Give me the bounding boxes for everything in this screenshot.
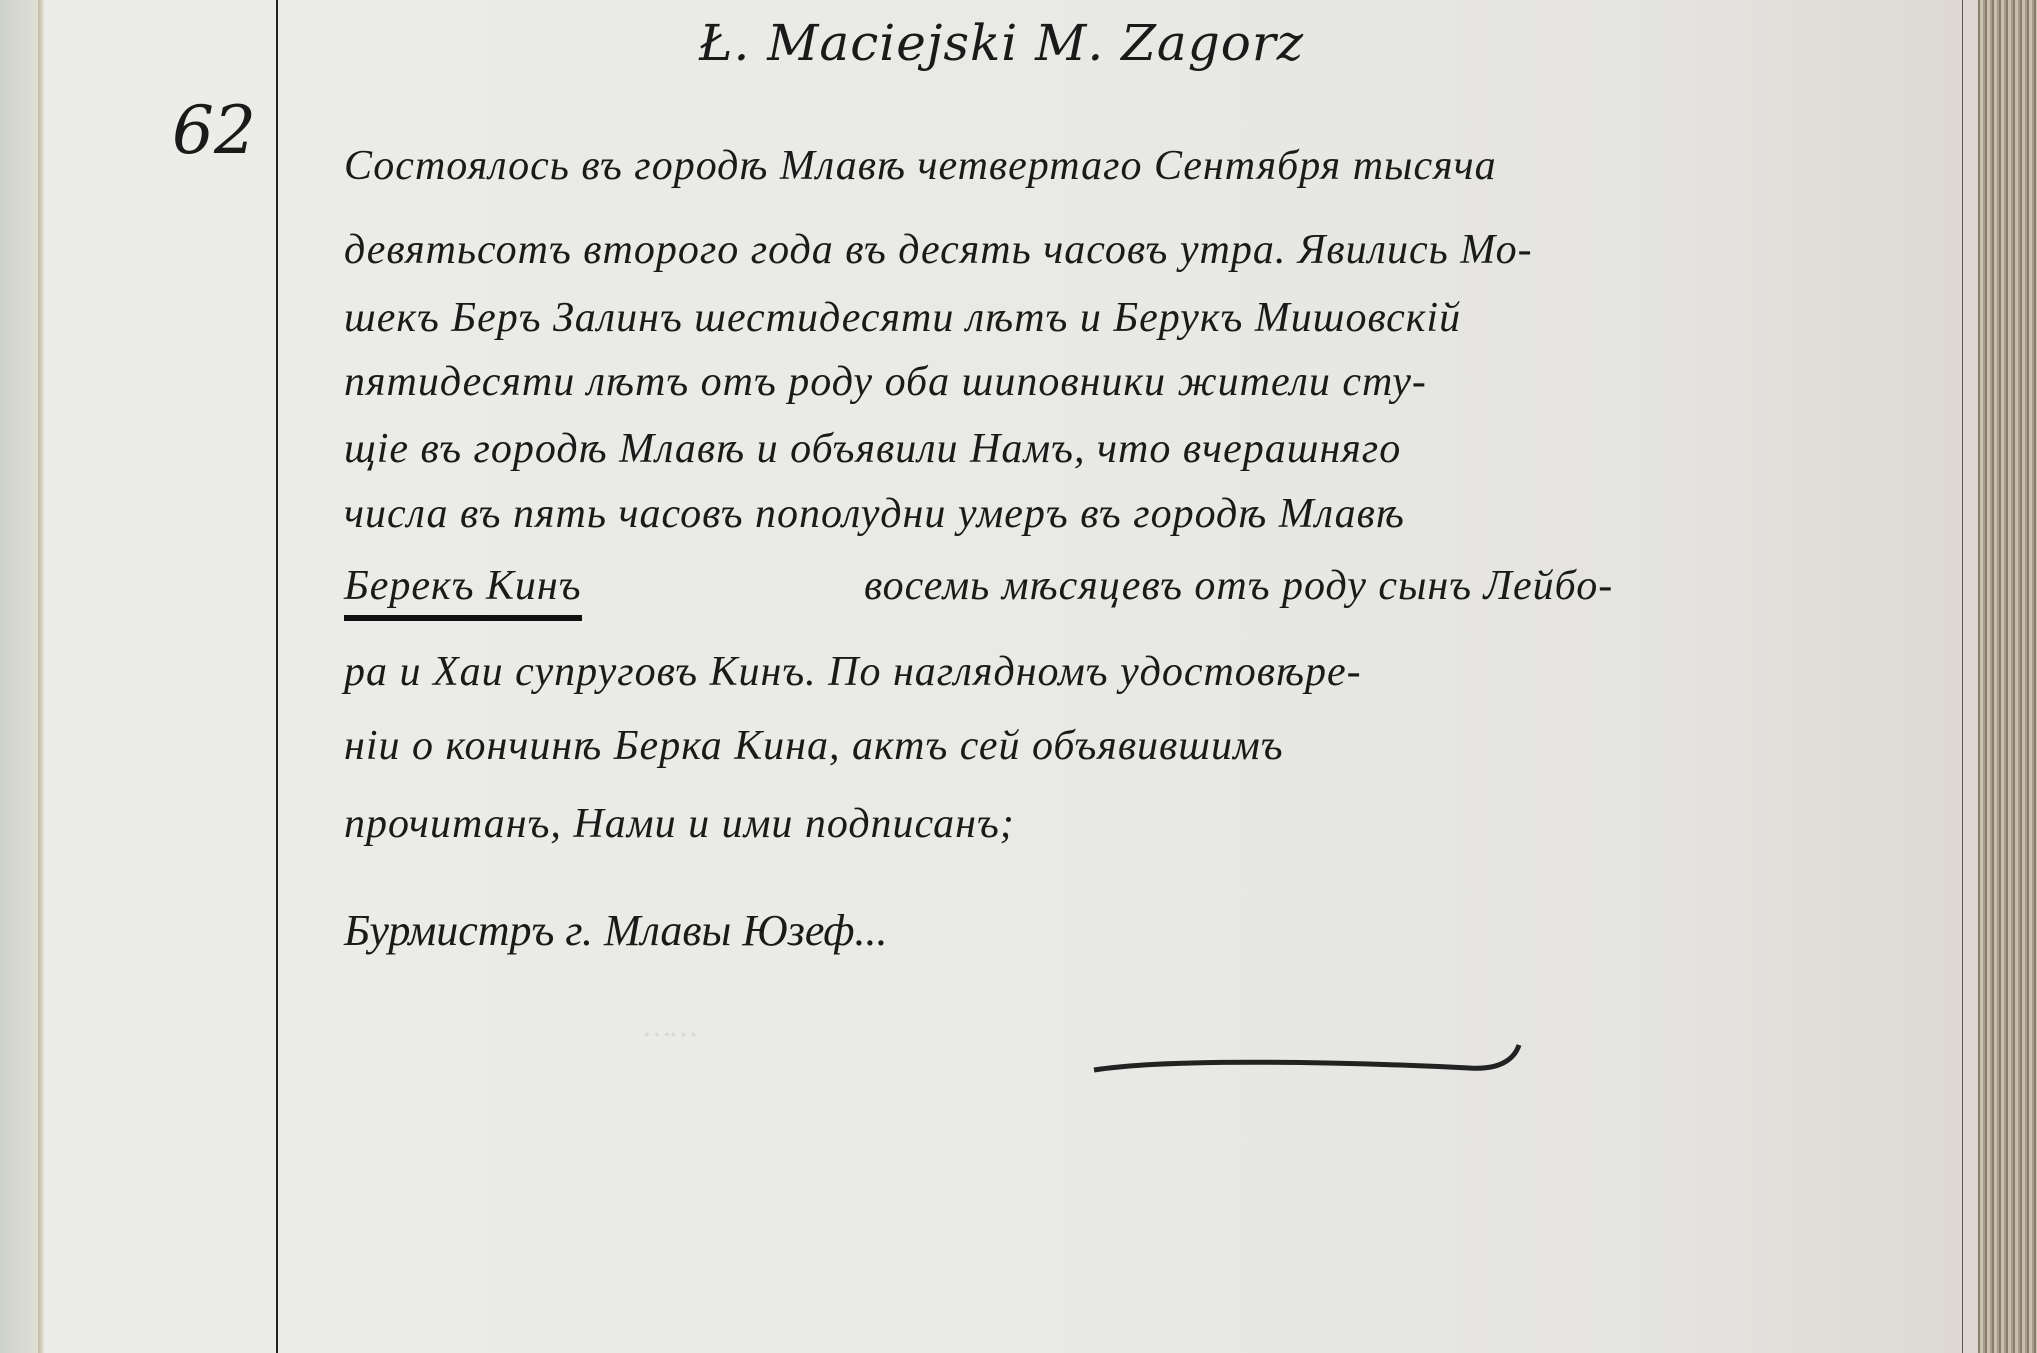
bleed-through-text: …… [644,1010,697,1044]
deceased-name: Берекъ Кинъ [344,563,582,621]
record-line-with-name: Берекъ Кинъ [344,562,582,610]
column-rule-left [276,0,278,1353]
signature-flourish-icon [1089,1040,1529,1080]
mayor-signature: Бурмистръ г. Млавы Юзеф... [344,905,888,956]
record-line: щіе въ городѣ Млавѣ и объявили Намъ, что… [344,425,1401,473]
register-page: Ł. Maciejski M. Zagorz 62 7 1 3) Состоял… [44,0,1978,1353]
record-line: девятьсотъ второго года въ десять часовъ… [344,226,1533,274]
record-line: прочитанъ, Нами и ими подписанъ; [344,800,1015,848]
record-line: ра и Хаи супруговъ Кинъ. По наглядномъ у… [344,648,1362,696]
record-line: Состоялось въ городѣ Млавѣ четвертаго Се… [344,142,1497,190]
entry-number: 62 [172,92,256,169]
right-page-stack [1978,0,2037,1353]
record-line: пятидесяти лѣтъ отъ роду оба шиповники ж… [344,358,1427,406]
record-line: шекъ Беръ Залинъ шестидесяти лѣтъ и Беру… [344,294,1461,342]
record-line-continuation: восемь мѣсяцевъ отъ роду сынъ Лейбо- [864,562,1613,610]
record-line: числа въ пять часовъ пополудни умеръ въ … [344,490,1405,538]
column-rule-right [1962,0,1963,1353]
record-line: ніи о кончинѣ Берка Кина, актъ сей объяв… [344,722,1284,770]
record-header: Ł. Maciejski M. Zagorz [699,14,1304,72]
